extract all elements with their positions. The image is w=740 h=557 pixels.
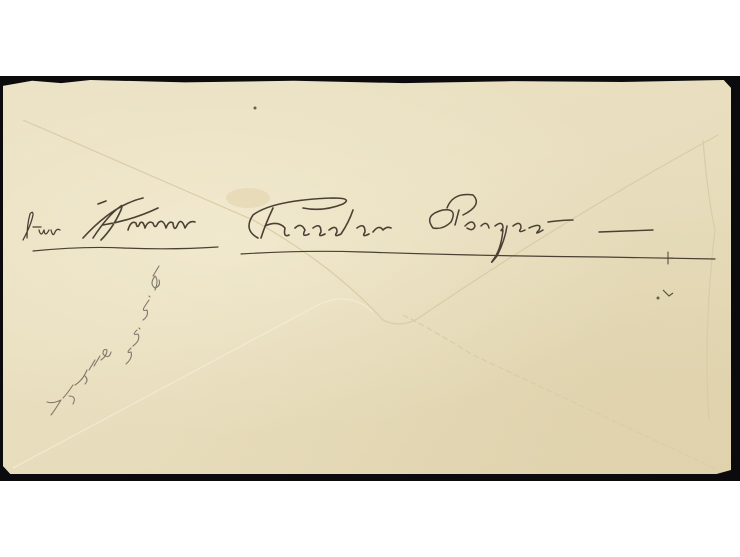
underline-1 xyxy=(33,247,218,251)
ink-spot xyxy=(254,107,257,110)
right-edge-fold xyxy=(703,140,715,420)
inscription-porges xyxy=(430,195,573,263)
ink-spot xyxy=(657,297,660,300)
ink-mark xyxy=(663,290,673,296)
flap-fold-bottom-right xyxy=(403,315,718,470)
envelope-details xyxy=(3,80,731,474)
inscription-dash xyxy=(599,230,653,232)
underline-cross xyxy=(663,252,673,264)
envelope: für Herrn Theodor Porges. — 75 5.11/8 22… xyxy=(3,80,731,474)
flap-fold-bottom-left xyxy=(13,299,373,468)
